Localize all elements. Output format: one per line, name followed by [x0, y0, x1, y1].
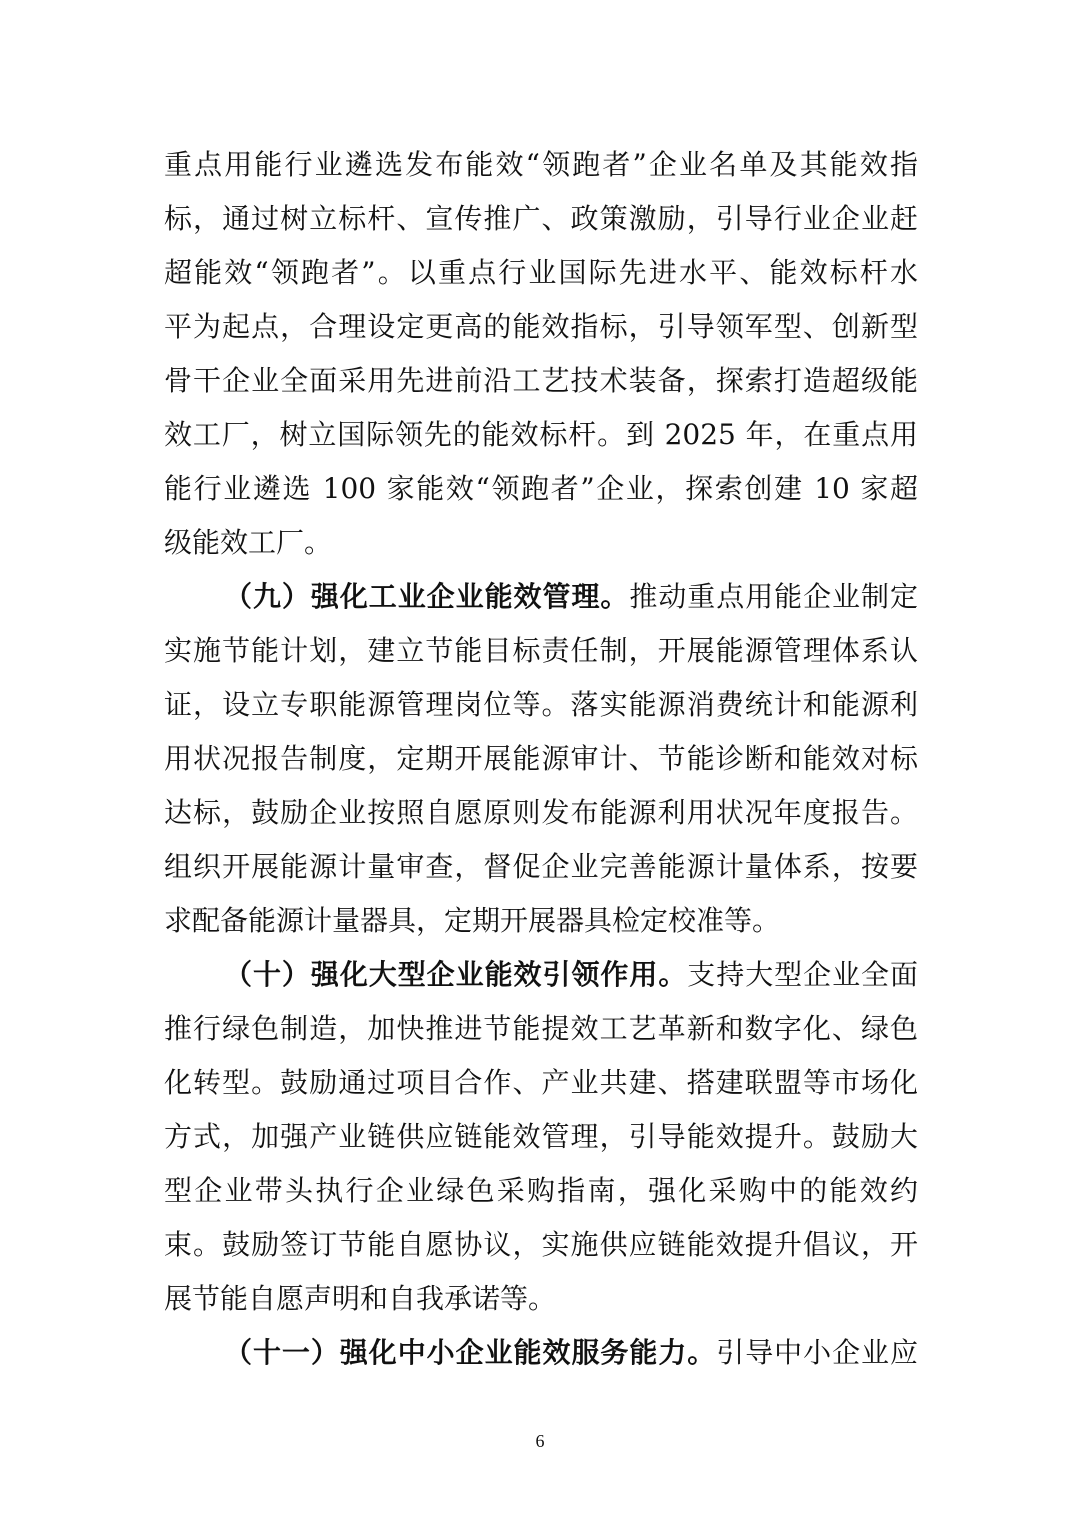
section-first-line: （九）强化工业企业能效管理。推动重点用能企业制定: [164, 570, 918, 624]
text-line: 推行绿色制造，加快推进节能提效工艺革新和数字化、绿色: [164, 1002, 918, 1056]
text-line: 组织开展能源计量审查，督促企业完善能源计量体系，按要: [164, 840, 918, 894]
text-line: 骨干企业全面采用先进前沿工艺技术装备，探索打造超级能: [164, 354, 918, 408]
text-line: 展节能自愿声明和自我承诺等。: [164, 1272, 918, 1326]
page-number: 6: [0, 1431, 1080, 1452]
section-heading: （十一）强化中小企业能效服务能力。: [224, 1336, 716, 1369]
text-line: 重点用能行业遴选发布能效“领跑者”企业名单及其能效指: [164, 138, 918, 192]
paragraph-section-10: （十）强化大型企业能效引领作用。支持大型企业全面 推行绿色制造，加快推进节能提效…: [164, 948, 918, 1326]
paragraph-section-11: （十一）强化中小企业能效服务能力。引导中小企业应: [164, 1326, 918, 1380]
text-line: 束。鼓励签订节能自愿协议，实施供应链能效提升倡议，开: [164, 1218, 918, 1272]
text-line: 实施节能计划，建立节能目标责任制，开展能源管理体系认: [164, 624, 918, 678]
text-line: 能行业遴选 100 家能效“领跑者”企业，探索创建 10 家超: [164, 462, 918, 516]
text-line: 标，通过树立标杆、宣传推广、政策激励，引导行业企业赶: [164, 192, 918, 246]
section-text: 推动重点用能企业制定: [629, 580, 918, 613]
text-line: 级能效工厂。: [164, 516, 918, 570]
document-page: 重点用能行业遴选发布能效“领跑者”企业名单及其能效指 标，通过树立标杆、宣传推广…: [0, 0, 1080, 1527]
text-line: 用状况报告制度，定期开展能源审计、节能诊断和能效对标: [164, 732, 918, 786]
text-line: 化转型。鼓励通过项目合作、产业共建、搭建联盟等市场化: [164, 1056, 918, 1110]
text-line: 达标，鼓励企业按照自愿原则发布能源利用状况年度报告。: [164, 786, 918, 840]
text-line: 求配备能源计量器具，定期开展器具检定校准等。: [164, 894, 918, 948]
section-text: 支持大型企业全面: [687, 958, 918, 991]
text-line: 型企业带头执行企业绿色采购指南，强化采购中的能效约: [164, 1164, 918, 1218]
body-text: 重点用能行业遴选发布能效“领跑者”企业名单及其能效指 标，通过树立标杆、宣传推广…: [164, 138, 918, 1380]
text-line: 效工厂，树立国际领先的能效标杆。到 2025 年，在重点用: [164, 408, 918, 462]
text-line: 超能效“领跑者”。以重点行业国际先进水平、能效标杆水: [164, 246, 918, 300]
section-text: 引导中小企业应: [716, 1336, 918, 1369]
paragraph-section-9: （九）强化工业企业能效管理。推动重点用能企业制定 实施节能计划，建立节能目标责任…: [164, 570, 918, 948]
section-heading: （十）强化大型企业能效引领作用。: [224, 958, 687, 991]
paragraph-continued: 重点用能行业遴选发布能效“领跑者”企业名单及其能效指 标，通过树立标杆、宣传推广…: [164, 138, 918, 570]
text-line: 平为起点，合理设定更高的能效指标，引导领军型、创新型: [164, 300, 918, 354]
section-first-line: （十）强化大型企业能效引领作用。支持大型企业全面: [164, 948, 918, 1002]
text-line: 证，设立专职能源管理岗位等。落实能源消费统计和能源利: [164, 678, 918, 732]
text-line: 方式，加强产业链供应链能效管理，引导能效提升。鼓励大: [164, 1110, 918, 1164]
section-first-line: （十一）强化中小企业能效服务能力。引导中小企业应: [164, 1326, 918, 1380]
section-heading: （九）强化工业企业能效管理。: [224, 580, 629, 613]
